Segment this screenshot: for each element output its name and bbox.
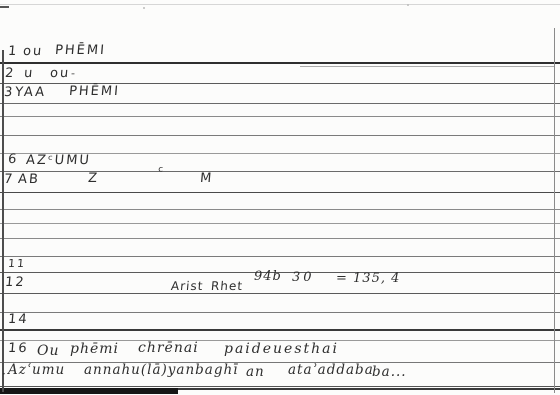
entry-1-number: 1 (7, 45, 18, 58)
scan-speck (407, 4, 409, 6)
ruled-line (300, 66, 555, 67)
entry-12-number: 12 (4, 276, 26, 289)
entry-2-word: u (23, 67, 34, 80)
entry-11-number: 11 (8, 258, 27, 269)
lead-mark: · (2, 368, 7, 380)
ruled-line (0, 209, 560, 210)
ruled-line (0, 293, 560, 294)
card-right-edge (554, 28, 555, 393)
ruled-line (0, 192, 560, 193)
entry-7-word: Z (87, 172, 99, 185)
ruled-line (0, 135, 560, 136)
entry-7-word: M (199, 172, 213, 185)
arabic-word: ataʾaddaba (288, 364, 374, 378)
bottom-rule (178, 388, 560, 390)
entry-7-number: 7 (3, 173, 14, 186)
entry-3-number: 3 (3, 86, 14, 99)
citation-bekker-line: 30 (292, 271, 315, 284)
arabic-word: Azʿumu (8, 364, 65, 378)
ruled-line-heavy (0, 62, 560, 64)
citation-work: Rhet (210, 280, 243, 292)
entry-3-word: PHĒMI (68, 85, 120, 98)
ruled-line (0, 312, 560, 313)
entry-2-number: 2 (4, 67, 15, 80)
ruled-line (0, 256, 560, 257)
ruled-line (0, 103, 560, 104)
entry-6-number: 6 (7, 153, 18, 166)
entry-3-word: YAA (14, 86, 46, 99)
greek-word: phēmi (70, 342, 119, 356)
scan-speck (143, 7, 145, 9)
ruled-line (0, 223, 560, 224)
entry-7-word: AB (17, 173, 40, 186)
ruled-line (0, 171, 560, 172)
entry-14-number: 14 (7, 313, 29, 326)
arabic-word: annahu(lā)yanbaghī (84, 364, 239, 378)
top-left-dash (0, 6, 9, 8)
macron-mark: ˉ (70, 74, 78, 84)
entry-1-word: PHĒMI (54, 44, 106, 57)
ruled-line (0, 386, 560, 387)
ruled-line-heavy (0, 329, 560, 331)
citation-bekker-page: 94b (254, 270, 282, 283)
citation-author: Arist (170, 280, 203, 292)
ruled-line (0, 116, 560, 117)
entry-16-number: 16 (7, 342, 29, 355)
bottom-black-bar (0, 388, 178, 394)
entry-6-word: AZᶜUMU (25, 154, 91, 167)
greek-word: paideuesthai (224, 342, 339, 356)
card-left-edge (2, 50, 4, 392)
citation-equivalent: = 135, 4 (336, 272, 400, 285)
ruled-line (0, 4, 560, 5)
arabic-word: an (246, 366, 265, 380)
entry-7-superscript: ᶜ (157, 165, 165, 179)
entry-1-word: ou (22, 45, 43, 58)
greek-word: Ou (37, 344, 60, 358)
greek-word: chrēnai (138, 341, 199, 355)
index-card: 1 ou PHĒMI 2 u ou ˉ 3 YAA PHĒMI 6 AZᶜUMU… (0, 0, 560, 395)
entry-2-word: ou (49, 67, 70, 80)
arabic-word: ba... (372, 366, 407, 380)
ruled-line (0, 238, 560, 239)
